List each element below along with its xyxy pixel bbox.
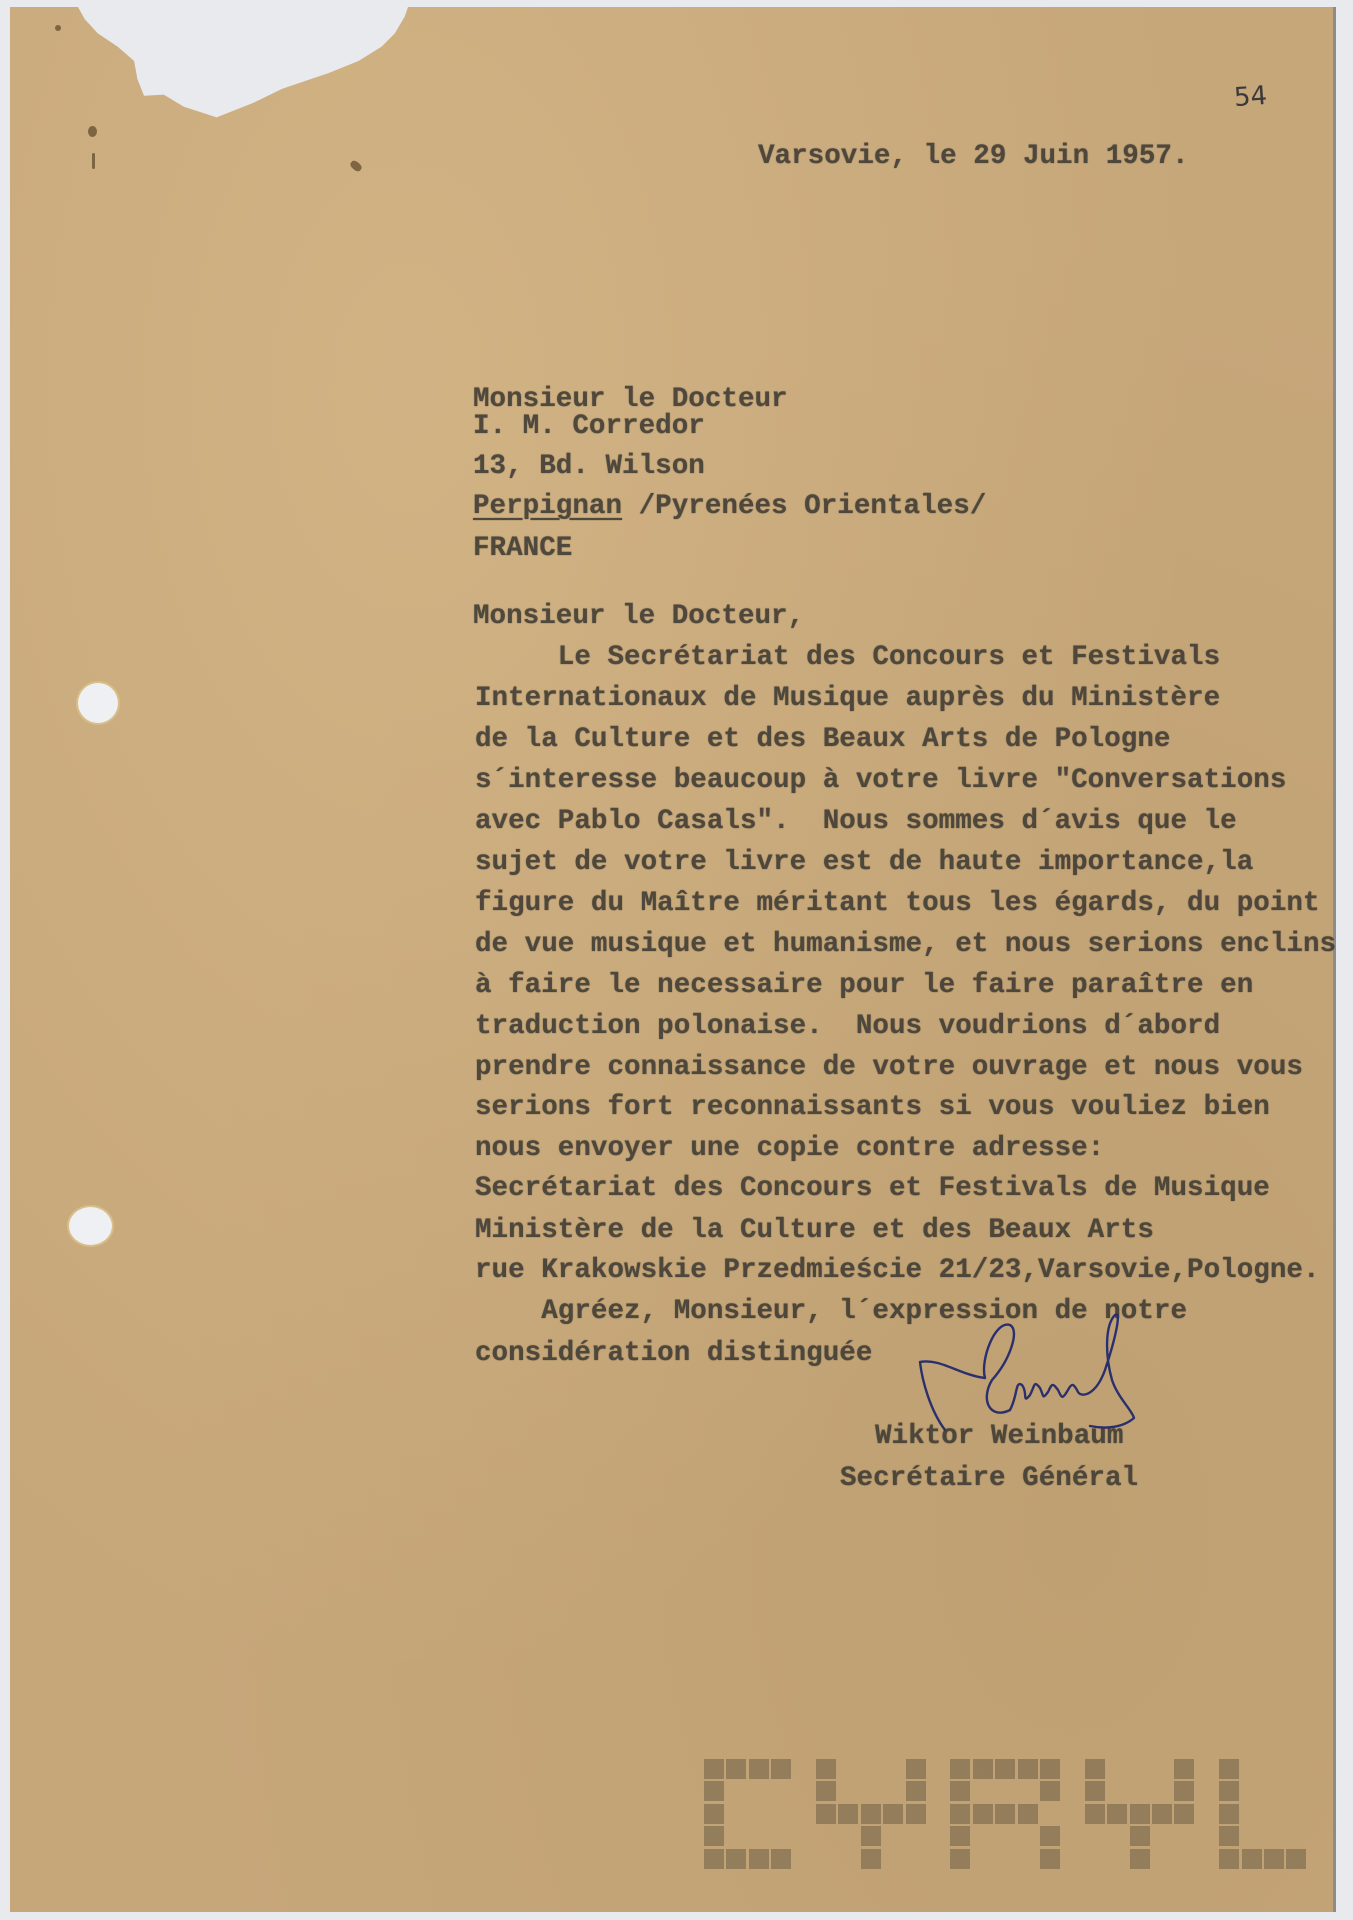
watermark-cell bbox=[906, 1804, 926, 1824]
watermark-cell bbox=[1219, 1759, 1239, 1779]
watermark-cell bbox=[950, 1804, 970, 1824]
torn-corner bbox=[78, 7, 408, 127]
body-line: s´interesse beaucoup à votre livre "Conv… bbox=[475, 767, 1286, 795]
watermark-cell bbox=[1018, 1804, 1038, 1824]
watermark-cell bbox=[883, 1804, 903, 1824]
watermark-cell bbox=[950, 1781, 970, 1801]
watermark-cell bbox=[838, 1804, 858, 1824]
watermark-cell bbox=[1040, 1826, 1060, 1846]
watermark-cell bbox=[950, 1759, 970, 1779]
watermark-cell bbox=[749, 1849, 769, 1869]
body-line: de la Culture et des Beaux Arts de Polog… bbox=[475, 726, 1170, 754]
watermark-cell bbox=[704, 1826, 724, 1846]
body-line: rue Krakowskie Przedmieście 21/23,Varsov… bbox=[475, 1257, 1320, 1285]
watermark-cell bbox=[861, 1849, 881, 1869]
body-line: considération distinguée bbox=[475, 1340, 872, 1368]
watermark-cell bbox=[1152, 1804, 1172, 1824]
watermark-cell bbox=[1130, 1849, 1150, 1869]
watermark-cell bbox=[1130, 1826, 1150, 1846]
folio-number: 54 bbox=[1233, 81, 1268, 113]
watermark-cell bbox=[1040, 1849, 1060, 1869]
watermark-cell bbox=[816, 1781, 836, 1801]
body-line: traduction polonaise. Nous voudrions d´a… bbox=[475, 1013, 1220, 1041]
recipient-line2: I. M. Corredor bbox=[473, 413, 705, 441]
watermark-cell bbox=[704, 1781, 724, 1801]
watermark-cell bbox=[973, 1759, 993, 1779]
salutation: Monsieur le Docteur, bbox=[473, 603, 804, 631]
watermark-cell bbox=[861, 1826, 881, 1846]
watermark-cell bbox=[1085, 1759, 1105, 1779]
watermark-cell bbox=[973, 1804, 993, 1824]
watermark-cell bbox=[1242, 1849, 1262, 1869]
watermark-cell bbox=[771, 1759, 791, 1779]
watermark-cell bbox=[704, 1759, 724, 1779]
punch-hole-top bbox=[78, 683, 118, 723]
watermark-cell bbox=[1174, 1781, 1194, 1801]
signatory-title: Secrétaire Général bbox=[840, 1465, 1138, 1493]
watermark-cell bbox=[1174, 1804, 1194, 1824]
watermark-cell bbox=[1130, 1804, 1150, 1824]
watermark-cell bbox=[906, 1759, 926, 1779]
punch-hole-bottom bbox=[69, 1207, 112, 1245]
body-line: prendre connaissance de votre ouvrage et… bbox=[475, 1054, 1303, 1082]
watermark-cell bbox=[704, 1849, 724, 1869]
watermark-cell bbox=[1264, 1849, 1284, 1869]
body-line: Ministère de la Culture et des Beaux Art… bbox=[475, 1217, 1154, 1245]
recipient-city-line: Perpignan /Pyrenées Orientales/ bbox=[473, 493, 986, 521]
watermark-cell bbox=[1174, 1759, 1194, 1779]
recipient-city: Perpignan bbox=[473, 491, 622, 522]
body-line: Le Secrétariat des Concours et Festivals bbox=[475, 644, 1220, 672]
watermark-cell bbox=[726, 1759, 746, 1779]
recipient-country: FRANCE bbox=[473, 535, 572, 563]
recipient-line1: Monsieur le Docteur bbox=[473, 386, 788, 414]
signature-stroke bbox=[920, 1314, 1134, 1430]
watermark-cell bbox=[1107, 1804, 1127, 1824]
body-line: figure du Maître méritant tous les égard… bbox=[475, 890, 1320, 918]
signatory-name: Wiktor Weinbaum bbox=[875, 1423, 1123, 1451]
body-line: sujet de votre livre est de haute import… bbox=[475, 849, 1253, 877]
watermark-cell bbox=[1219, 1849, 1239, 1869]
watermark-cell bbox=[1040, 1759, 1060, 1779]
body-line: Internationaux de Musique auprès du Mini… bbox=[475, 685, 1220, 713]
handwritten-signature bbox=[900, 1300, 1160, 1440]
watermark-cell bbox=[950, 1826, 970, 1846]
body-line: avec Pablo Casals". Nous sommes d´avis q… bbox=[475, 808, 1237, 836]
body-line: Secrétariat des Concours et Festivals de… bbox=[475, 1175, 1270, 1203]
watermark-cell bbox=[704, 1804, 724, 1824]
watermark-cell bbox=[749, 1759, 769, 1779]
watermark-cell bbox=[1286, 1849, 1306, 1869]
watermark-cell bbox=[1219, 1826, 1239, 1846]
body-line: à faire le necessaire pour le faire para… bbox=[475, 972, 1253, 1000]
watermark-cell bbox=[816, 1804, 836, 1824]
watermark-cell bbox=[1040, 1781, 1060, 1801]
watermark-cell bbox=[1085, 1804, 1105, 1824]
recipient-region: /Pyrenées Orientales/ bbox=[622, 491, 986, 522]
watermark-cell bbox=[726, 1849, 746, 1869]
stain-speck bbox=[88, 126, 97, 137]
watermark-cell bbox=[861, 1804, 881, 1824]
watermark-cell bbox=[995, 1804, 1015, 1824]
body-line: de vue musique et humanisme, et nous ser… bbox=[475, 931, 1336, 959]
stain-speck bbox=[92, 153, 95, 169]
watermark-cell bbox=[995, 1759, 1015, 1779]
watermark-cell bbox=[1085, 1781, 1105, 1801]
date-line: Varsovie, le 29 Juin 1957. bbox=[758, 143, 1189, 171]
body-line: nous envoyer une copie contre adresse: bbox=[475, 1135, 1104, 1163]
watermark-cell bbox=[1219, 1781, 1239, 1801]
recipient-line3: 13, Bd. Wilson bbox=[473, 453, 705, 481]
watermark-cell bbox=[950, 1849, 970, 1869]
watermark-cell bbox=[1219, 1804, 1239, 1824]
watermark-cell bbox=[906, 1781, 926, 1801]
stain-speck bbox=[55, 25, 61, 31]
watermark-cell bbox=[1018, 1759, 1038, 1779]
watermark-cell bbox=[816, 1759, 836, 1779]
body-line: serions fort reconnaissants si vous voul… bbox=[475, 1094, 1270, 1122]
watermark-cell bbox=[771, 1849, 791, 1869]
